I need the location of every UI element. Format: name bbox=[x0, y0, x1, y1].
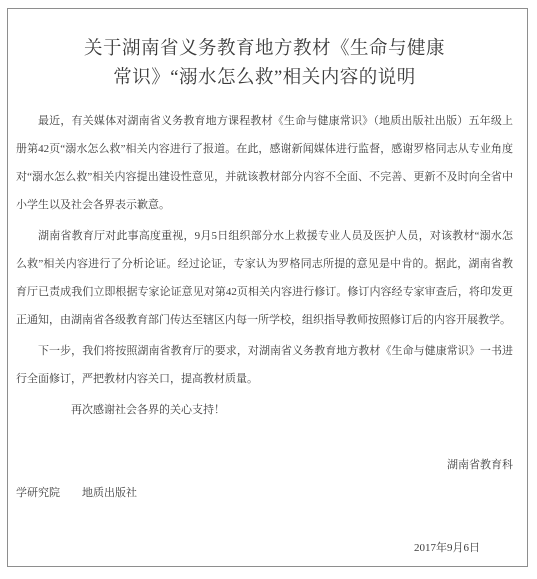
document-title: 关于湖南省义务教育地方教材《生命与健康 常识》“溺水怎么救”相关内容的说明 bbox=[16, 35, 513, 93]
document-page: 关于湖南省义务教育地方教材《生命与健康 常识》“溺水怎么救”相关内容的说明 最近… bbox=[7, 8, 528, 567]
paragraph-next-steps: 下一步，我们将按照湖南省教育厅的要求，对湖南省义务教育地方教材《生命与健康常识》… bbox=[16, 337, 513, 393]
paragraph-intro-apology: 最近，有关媒体对湖南省义务教育地方课程教材《生命与健康常识》（地质出版社出版）五… bbox=[16, 107, 513, 219]
title-line-1: 关于湖南省义务教育地方教材《生命与健康 bbox=[16, 35, 513, 64]
document-date: 2017年9月6日 bbox=[16, 534, 513, 562]
closing-thanks: 再次感谢社会各界的关心支持！ bbox=[16, 396, 513, 424]
title-line-2: 常识》“溺水怎么救”相关内容的说明 bbox=[16, 64, 513, 93]
signature-org-line-1: 湖南省教育科 bbox=[16, 451, 513, 479]
paragraph-verification-revision: 湖南省教育厅对此事高度重视，9月5日组织部分水上救援专业人员及医护人员，对该教材… bbox=[16, 222, 513, 334]
signature-org-line-2: 学研究院 地质出版社 bbox=[16, 479, 513, 507]
